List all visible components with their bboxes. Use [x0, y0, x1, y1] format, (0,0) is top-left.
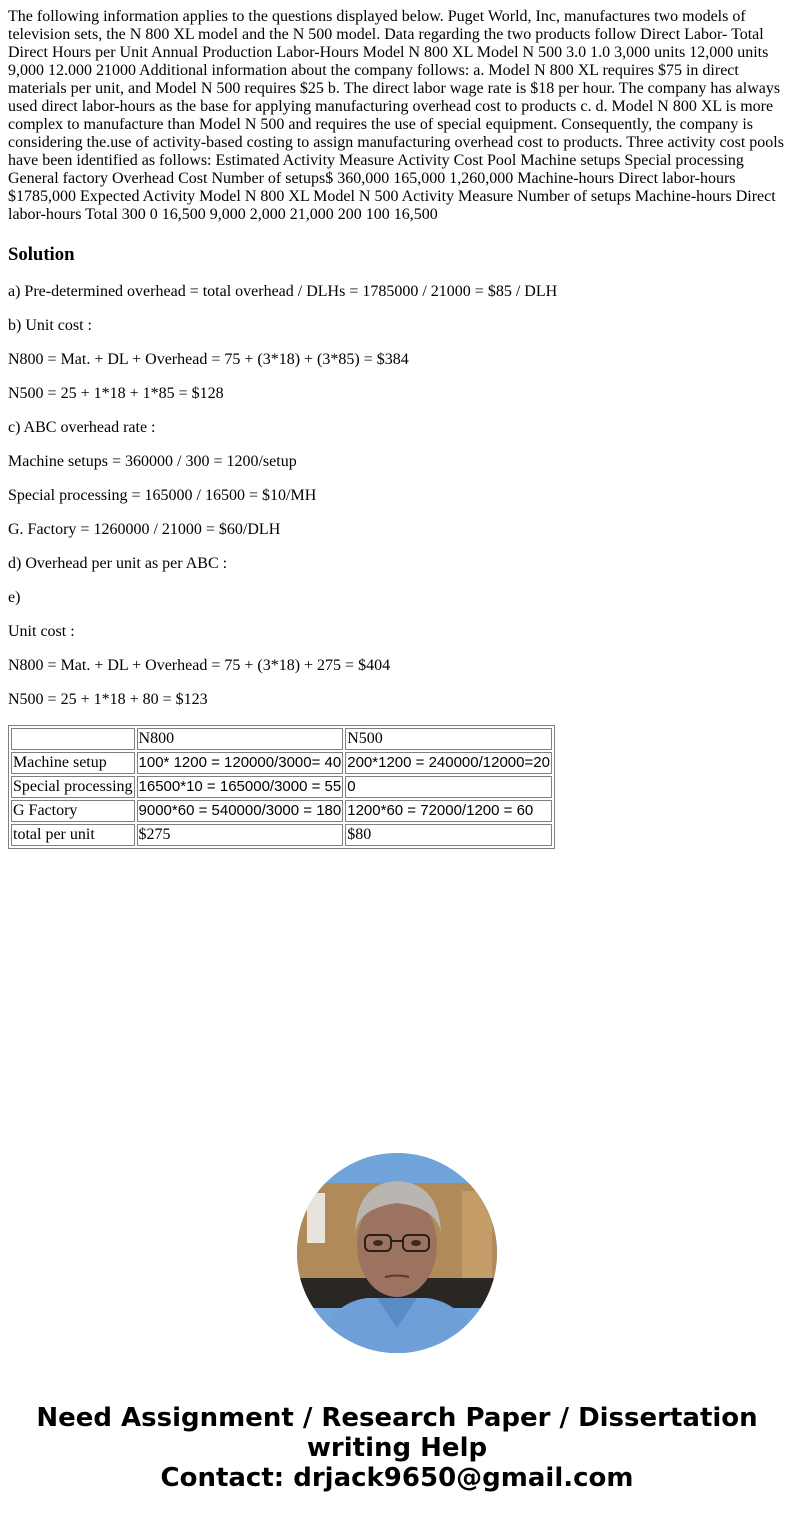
table-cell: 100* 1200 = 120000/3000= 40 [137, 752, 344, 774]
table-row: total per unit $275 $80 [11, 824, 552, 846]
table-cell: $80 [345, 824, 552, 846]
person-photo-avatar-icon [297, 1153, 497, 1353]
solution-line-b-n800: N800 = Mat. + DL + Overhead = 75 + (3*18… [8, 351, 786, 369]
table-header-cell: N500 [345, 728, 552, 750]
table-cell: 0 [345, 776, 552, 798]
avatar [297, 1153, 497, 1353]
document-body: The following information applies to the… [8, 8, 786, 849]
solution-line-a: a) Pre-determined overhead = total overh… [8, 283, 786, 301]
promo-banner: Need Assignment / Research Paper / Disse… [0, 1403, 794, 1493]
table-row: Special processing 16500*10 = 165000/300… [11, 776, 552, 798]
solution-line-c-setups: Machine setups = 360000 / 300 = 1200/set… [8, 453, 786, 471]
problem-text: The following information applies to the… [8, 8, 786, 224]
abc-overhead-table: N800 N500 Machine setup 100* 1200 = 1200… [8, 725, 555, 849]
solution-line-b: b) Unit cost : [8, 317, 786, 335]
table-cell: total per unit [11, 824, 135, 846]
solution-line-e: e) [8, 589, 786, 607]
table-header-row: N800 N500 [11, 728, 552, 750]
solution-line-c-factory: G. Factory = 1260000 / 21000 = $60/DLH [8, 521, 786, 539]
table-row: G Factory 9000*60 = 540000/3000 = 180 12… [11, 800, 552, 822]
table-cell: 1200*60 = 72000/1200 = 60 [345, 800, 552, 822]
promo-line-1: Need Assignment / Research Paper / Disse… [0, 1403, 794, 1433]
table-cell: $275 [137, 824, 344, 846]
solution-line-c-special: Special processing = 165000 / 16500 = $1… [8, 487, 786, 505]
table-header-cell: N800 [137, 728, 344, 750]
promo-contact: Contact: drjack9650@gmail.com [0, 1463, 794, 1493]
table-cell: Special processing [11, 776, 135, 798]
table-row: Machine setup 100* 1200 = 120000/3000= 4… [11, 752, 552, 774]
table-cell: Machine setup [11, 752, 135, 774]
table-cell: 200*1200 = 240000/12000=20 [345, 752, 552, 774]
table-cell: 9000*60 = 540000/3000 = 180 [137, 800, 344, 822]
promo-line-2: writing Help [0, 1433, 794, 1463]
solution-line-e-n500: N500 = 25 + 1*18 + 80 = $123 [8, 691, 786, 709]
solution-line-d: d) Overhead per unit as per ABC : [8, 555, 786, 573]
solution-line-e-n800: N800 = Mat. + DL + Overhead = 75 + (3*18… [8, 657, 786, 675]
table-cell: G Factory [11, 800, 135, 822]
solution-line-b-n500: N500 = 25 + 1*18 + 1*85 = $128 [8, 385, 786, 403]
solution-heading: Solution [8, 244, 786, 266]
table-header-cell [11, 728, 135, 750]
table-cell: 16500*10 = 165000/3000 = 55 [137, 776, 344, 798]
solution-line-c: c) ABC overhead rate : [8, 419, 786, 437]
solution-line-e-unit-cost: Unit cost : [8, 623, 786, 641]
